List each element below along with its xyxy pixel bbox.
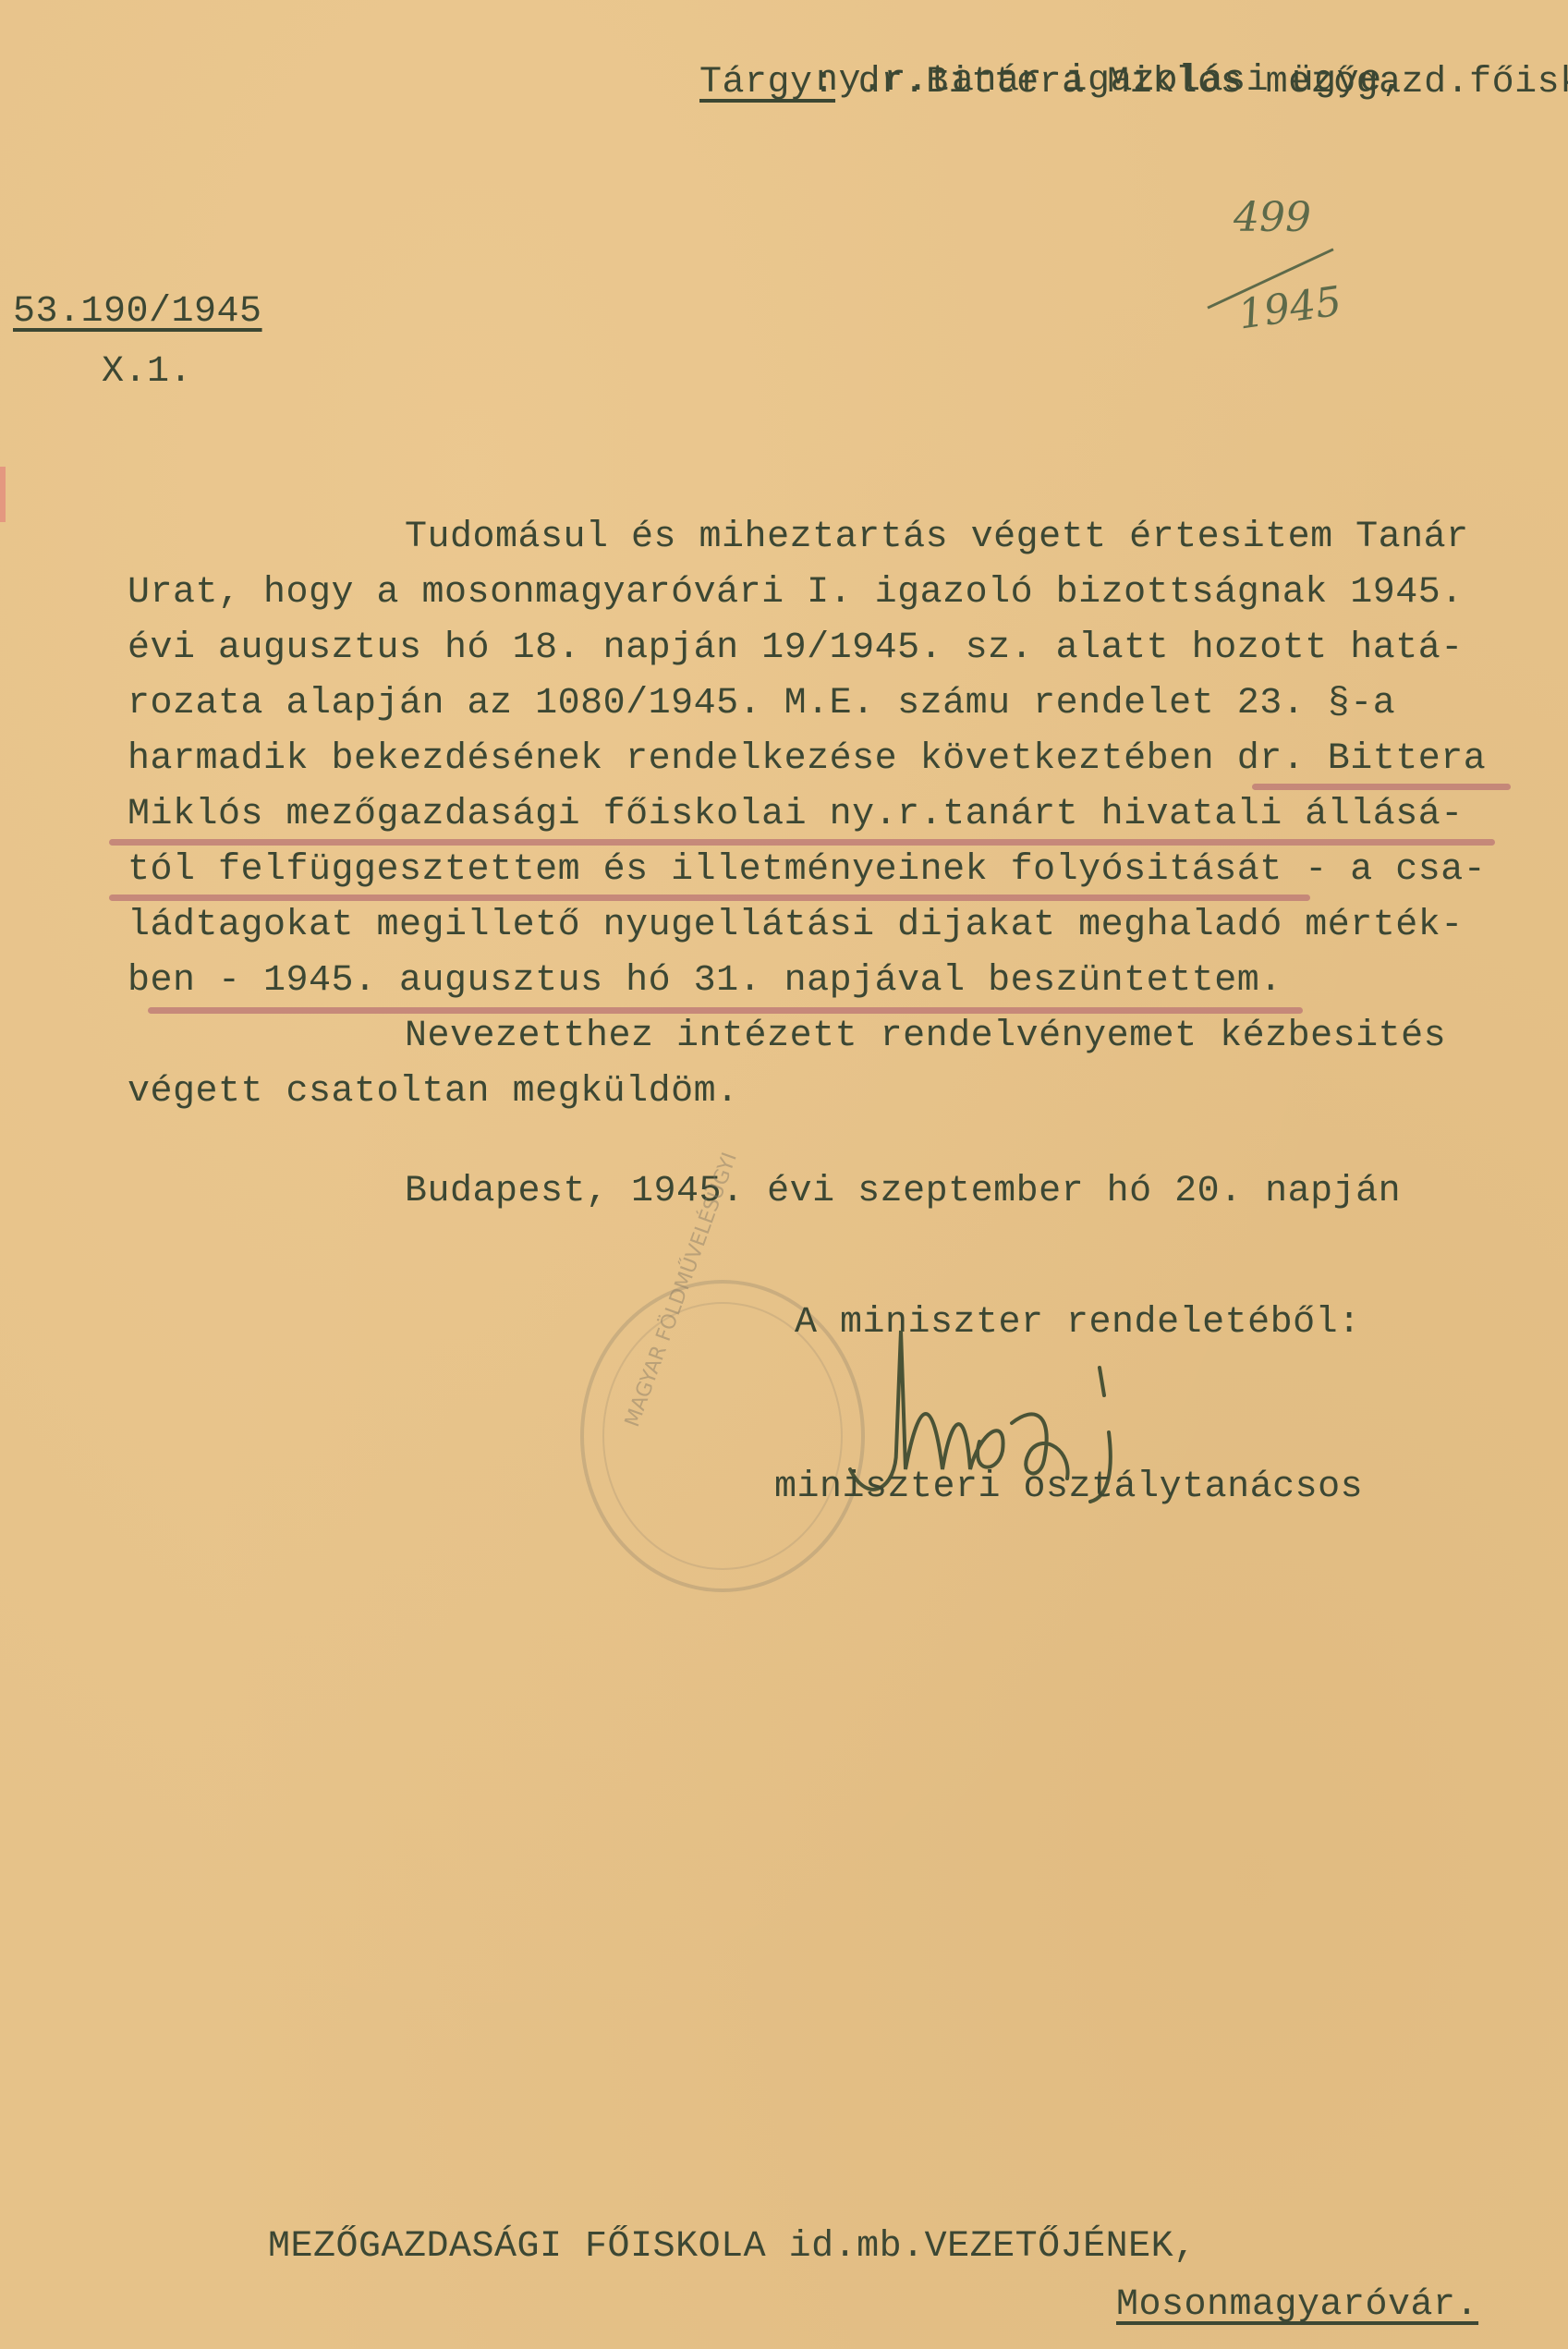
body-line: ládtagokat megillető nyugellátási dijaka… <box>128 907 1464 944</box>
addressee-city: Mosonmagyaróvár. <box>1116 2287 1478 2324</box>
body-line: ben - 1945. augusztus hó 31. napjával be… <box>128 963 1282 1000</box>
body-line: Miklós mezőgazdasági főiskolai ny.r.taná… <box>128 797 1464 834</box>
body-line: végett csatoltan megküldöm. <box>128 1074 739 1111</box>
body-line: Tudomásul és miheztartás végett értesite… <box>405 519 1469 556</box>
subject-label: Tárgy: <box>699 62 835 103</box>
red-underline <box>109 895 1310 901</box>
dateline: Budapest, 1945. évi szeptember hó 20. na… <box>405 1174 1401 1211</box>
red-underline <box>148 1007 1303 1014</box>
body-line: tól felfüggesztettem és illetményeinek f… <box>128 852 1486 889</box>
body-line: évi augusztus hó 18. napján 19/1945. sz.… <box>128 630 1464 667</box>
reference-number: 53.190/1945 <box>13 294 262 331</box>
reference-dept: X.1. <box>102 354 192 391</box>
red-underline <box>109 839 1495 846</box>
subject-line-2: ny.r.tanár igazolási ügye, <box>816 63 1404 100</box>
red-margin-mark <box>0 467 6 522</box>
addressee-line-1: MEZŐGAZDASÁGI FŐISKOLA id.mb.VEZETŐJÉNEK… <box>268 2229 1197 2266</box>
body-line: Nevezetthez intézett rendelvényemet kézb… <box>405 1018 1446 1055</box>
body-line: rozata alapján az 1080/1945. M.E. számu … <box>128 686 1395 723</box>
red-underline <box>1252 784 1511 790</box>
body-line: Urat, hogy a mosonmagyaróvári I. igazoló… <box>128 575 1464 612</box>
signature-title: miniszteri osztálytanácsos <box>774 1469 1363 1506</box>
body-line: harmadik bekezdésének rendelkezése követ… <box>128 741 1486 778</box>
handwritten-note-top: 499 <box>1234 194 1311 241</box>
